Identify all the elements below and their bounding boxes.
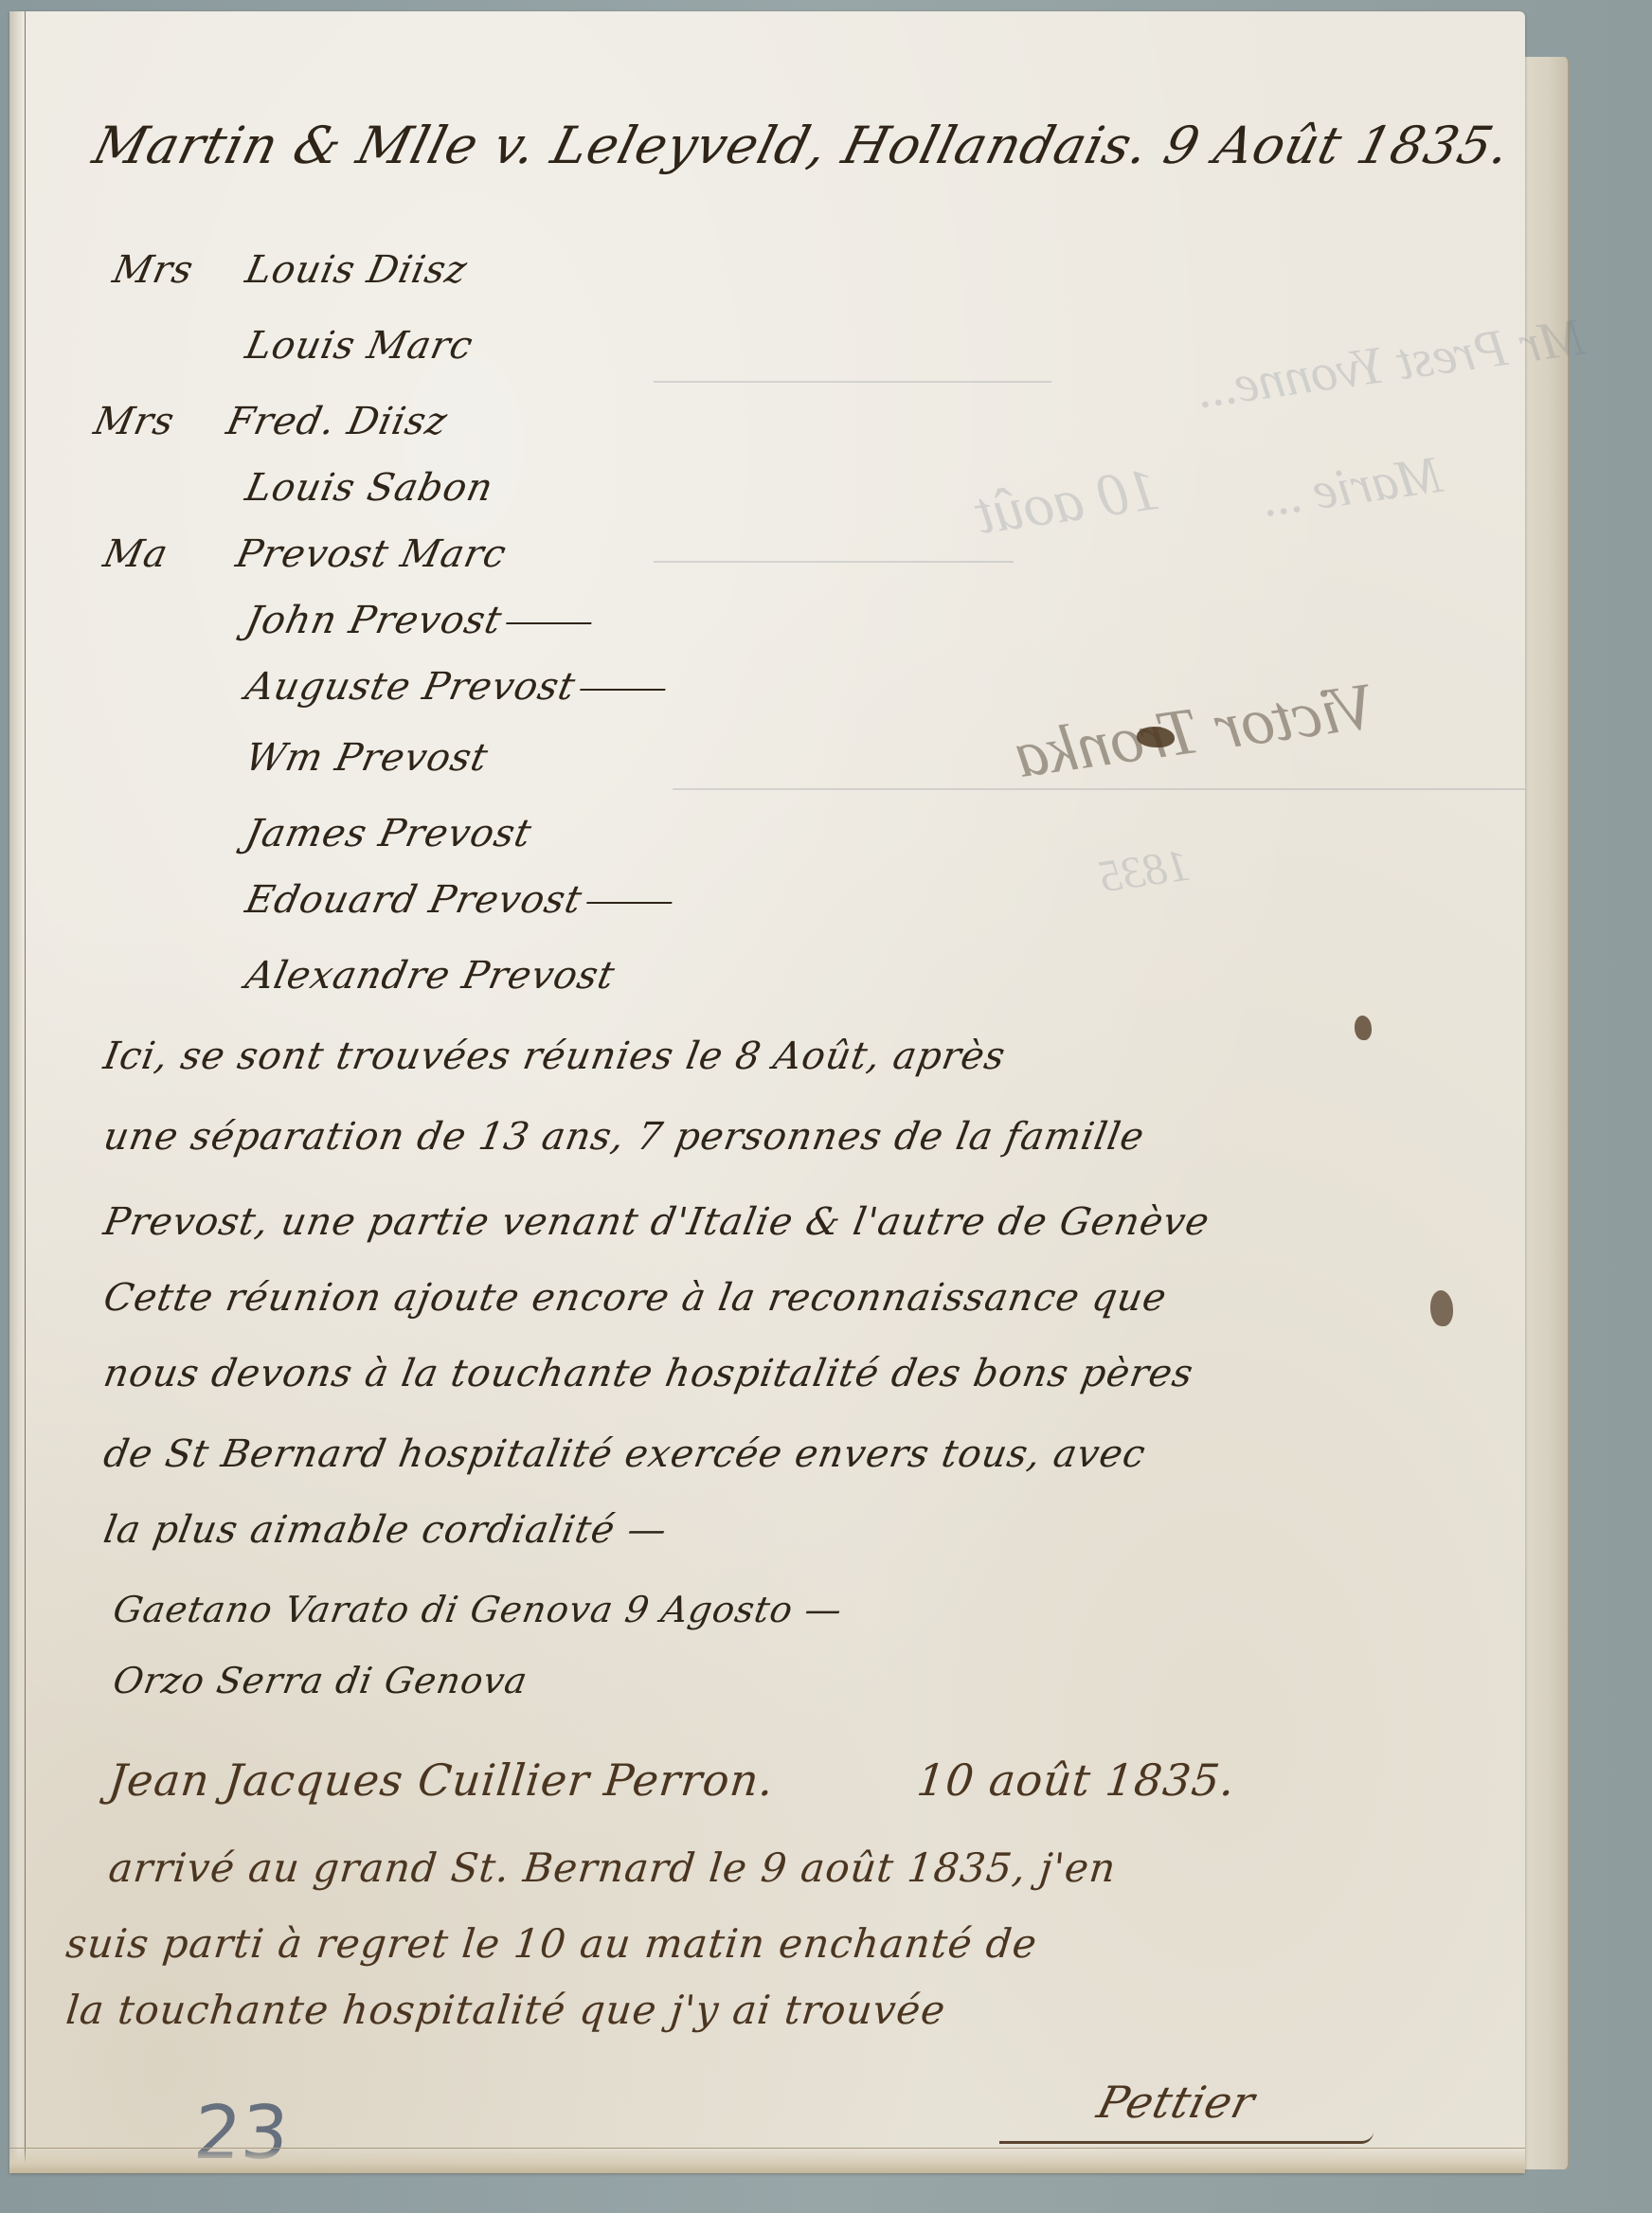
name-text: Auguste Prevost bbox=[242, 665, 580, 709]
name-text: John Prevost bbox=[242, 599, 506, 642]
name-text: Wm Prevost bbox=[242, 736, 493, 780]
name-list-item: Wm Prevost bbox=[109, 736, 493, 780]
name-list-item: James Prevost bbox=[109, 812, 535, 855]
name-text: Fred. Diisz bbox=[223, 400, 452, 443]
paragraph-line: la plus aimable cordialité — bbox=[100, 1508, 671, 1552]
name-list-item: MaPrevost Marc bbox=[99, 532, 511, 576]
name-text: Prevost Marc bbox=[232, 532, 511, 576]
name-list-item: Louis Marc bbox=[109, 324, 477, 368]
name-text: James Prevost bbox=[242, 812, 535, 855]
name-list-item: Auguste Prevost bbox=[109, 665, 676, 709]
name-list-item: MrsFred. Diisz bbox=[90, 400, 452, 443]
name-list-item: Louis Sabon bbox=[109, 466, 497, 510]
entry-heading: Martin & Mlle v. Leleyveld, Hollandais. … bbox=[87, 116, 1517, 175]
name-prefix: Mrs bbox=[90, 400, 232, 443]
manuscript-page: Mr Prest Yvonne... Marie ... 10 août Vic… bbox=[9, 11, 1525, 2173]
name-list-item: Edouard Prevost bbox=[109, 878, 683, 922]
name-prefix: Ma bbox=[99, 532, 242, 576]
italian-entry: Orzo Serra di Genova bbox=[110, 1660, 531, 1701]
paragraph-line: Cette réunion ajoute encore à la reconna… bbox=[100, 1276, 1170, 1320]
name-text: Louis Marc bbox=[242, 324, 477, 368]
name-text: Edouard Prevost bbox=[242, 878, 586, 922]
paragraph-line: Ici, se sont trouvées réunies le 8 Août,… bbox=[100, 1035, 1009, 1078]
jj-entry-date: 10 août 1835. bbox=[914, 1754, 1237, 1806]
jj-entry-line: suis parti à regret le 10 au matin encha… bbox=[63, 1920, 1039, 1967]
flourish-line bbox=[586, 902, 672, 904]
name-list-item: Alexandre Prevost bbox=[109, 954, 619, 998]
jj-entry-name: Jean Jacques Cuillier Perron. bbox=[106, 1754, 777, 1806]
bleed-through-stroke bbox=[654, 561, 1014, 563]
paragraph-line: Prevost, une partie venant d'Italie & l'… bbox=[100, 1200, 1213, 1244]
ink-blot bbox=[1137, 727, 1175, 747]
bleed-through-stroke bbox=[654, 381, 1051, 383]
paragraph-line: une séparation de 13 ans, 7 personnes de… bbox=[100, 1115, 1148, 1159]
jj-entry-header: Jean Jacques Cuillier Perron. 10 août 18… bbox=[106, 1754, 1238, 1806]
bleed-through-text: 1835 bbox=[1096, 839, 1194, 904]
signature-flourish bbox=[999, 2132, 1374, 2144]
name-text: Louis Diisz bbox=[242, 248, 471, 292]
ink-blot bbox=[1430, 1290, 1453, 1326]
bleed-through-stroke bbox=[673, 788, 1525, 790]
flourish-line bbox=[506, 622, 591, 624]
paragraph-line: nous devons à la touchante hospitalité d… bbox=[100, 1352, 1197, 1395]
bleed-through-text: Victor Tronka bbox=[1010, 669, 1379, 795]
page-number: 23 bbox=[191, 2091, 292, 2176]
jj-entry-line: la touchante hospitalité que j'y ai trou… bbox=[63, 1987, 947, 2033]
name-text: Louis Sabon bbox=[242, 466, 497, 510]
name-text: Alexandre Prevost bbox=[242, 954, 619, 998]
jj-entry-line: arrivé au grand St. Bernard le 9 août 18… bbox=[106, 1844, 1118, 1891]
flourish-line bbox=[580, 689, 665, 691]
paragraph-line: de St Bernard hospitalité exercée envers… bbox=[100, 1432, 1149, 1476]
name-prefix: Mrs bbox=[109, 248, 251, 292]
name-list-item: MrsLouis Diisz bbox=[109, 248, 471, 292]
ink-blot bbox=[1355, 1016, 1372, 1040]
signature: Pettier bbox=[1092, 2077, 1260, 2128]
italian-entry: Gaetano Varato di Genova 9 Agosto — bbox=[110, 1589, 846, 1630]
bleed-through-text: Marie ... bbox=[1256, 444, 1445, 530]
name-list-item: John Prevost bbox=[109, 599, 602, 642]
bleed-through-text: 10 août bbox=[972, 454, 1163, 549]
